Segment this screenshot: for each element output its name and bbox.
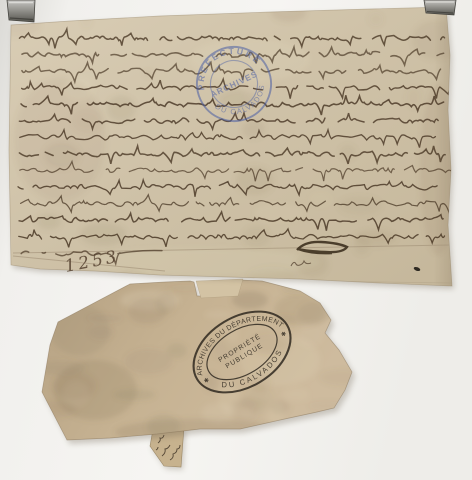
document-scan: ARCHIVES DU DÉPARTEMENT DU CALVADOS PROP… [0,0,472,480]
seal-tag-tab [196,279,243,298]
charter-parchment: 1253 PRÉFECTURE DU CALVADOS ARCHIVES [0,1,464,295]
mounting-clip-top-left [7,0,35,22]
mounting-clip-top-right [424,0,456,15]
